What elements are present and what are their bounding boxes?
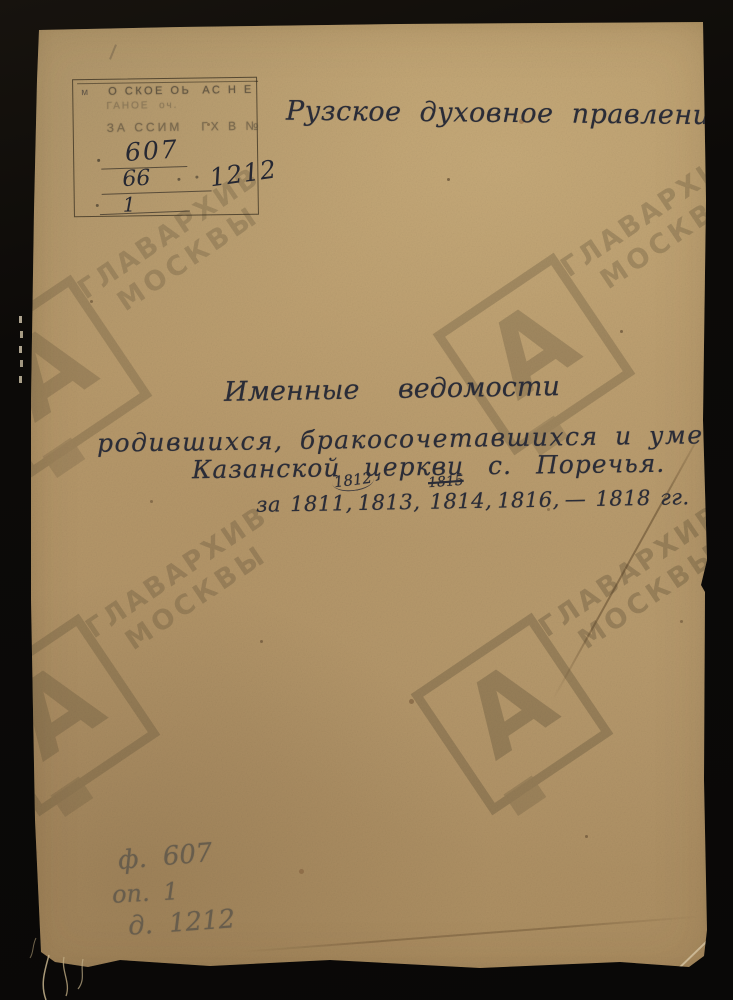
logo-letter: А (446, 643, 571, 774)
logo-letter: А (0, 305, 110, 436)
watermark-line1: ГЛАВАРХИВ (80, 500, 274, 645)
years-prefix: за 1811, (256, 491, 353, 517)
paper-crease (240, 916, 701, 953)
glavarhiv-watermark-text: ГЛАВАРХИВ МОСКВЫ (80, 500, 292, 672)
watermark-line1: ГЛАВАРХИВ (555, 139, 733, 284)
binding-stitches (19, 316, 22, 323)
years-mid: 1813, 1814, (358, 489, 493, 515)
archive-stamp: м О СКОЕ ОЬ АС Н Е ГАНОЕ оч. ЗА ССИМ ГХ … (72, 77, 259, 218)
stamp-tick-marks (97, 159, 100, 162)
years-suffix: — 1818 гг. (565, 485, 690, 511)
stamp-fond-number: 607 (124, 134, 180, 166)
corner-fold-crease (673, 940, 707, 973)
years-after: 1816, (497, 487, 560, 512)
stamp-printed-line-3: ЗА ССИМ ГХ В № (107, 119, 262, 135)
glavarhiv-logo-icon: А (0, 614, 160, 817)
title-line-registers: Именные ведомости (224, 371, 560, 408)
years-line: за 1811,1813, 1814,1816,— 1818 гг. (256, 485, 690, 517)
glavarhiv-watermark-text: ГЛАВАРХИВ МОСКВЫ (555, 139, 733, 311)
watermark-line2: МОСКВЫ (120, 526, 293, 657)
stamp-corner-mark: м (81, 87, 88, 98)
watermark-line2: МОСКВЫ (573, 525, 733, 656)
crossed-out-year: 1815 (427, 473, 464, 491)
glavarhiv-watermark-text: ГЛАВАРХИВ МОСКВЫ (533, 499, 733, 671)
stamp-old-number: 66 (122, 166, 151, 192)
pencil-fond-note: ф. 607 (117, 838, 214, 876)
document-title: Рузское духовное правление. (286, 96, 733, 132)
watermark-line2: МОСКВЫ (595, 165, 733, 296)
stamp-printed-line-2: ГАНОЕ оч. (106, 100, 178, 112)
logo-letter: А (0, 644, 118, 775)
inserted-year: 1812 (331, 469, 375, 494)
pencil-opis-note: оп. 1 (111, 877, 179, 908)
scanned-photo-scene: А ГЛАВАРХИВ МОСКВЫ А ГЛАВАРХИВ МОСКВЫ А … (0, 0, 733, 1000)
ink-slash-mark (109, 44, 117, 60)
paper-specks (447, 178, 450, 181)
watermark-line1: ГЛАВАРХИВ (533, 499, 727, 644)
stamp-printed-line-1: О СКОЕ ОЬ АС Н Е (108, 84, 254, 98)
document-page: А ГЛАВАРХИВ МОСКВЫ А ГЛАВАРХИВ МОСКВЫ А … (0, 0, 733, 1000)
pencil-delo-note: д. 1212 (127, 904, 236, 941)
